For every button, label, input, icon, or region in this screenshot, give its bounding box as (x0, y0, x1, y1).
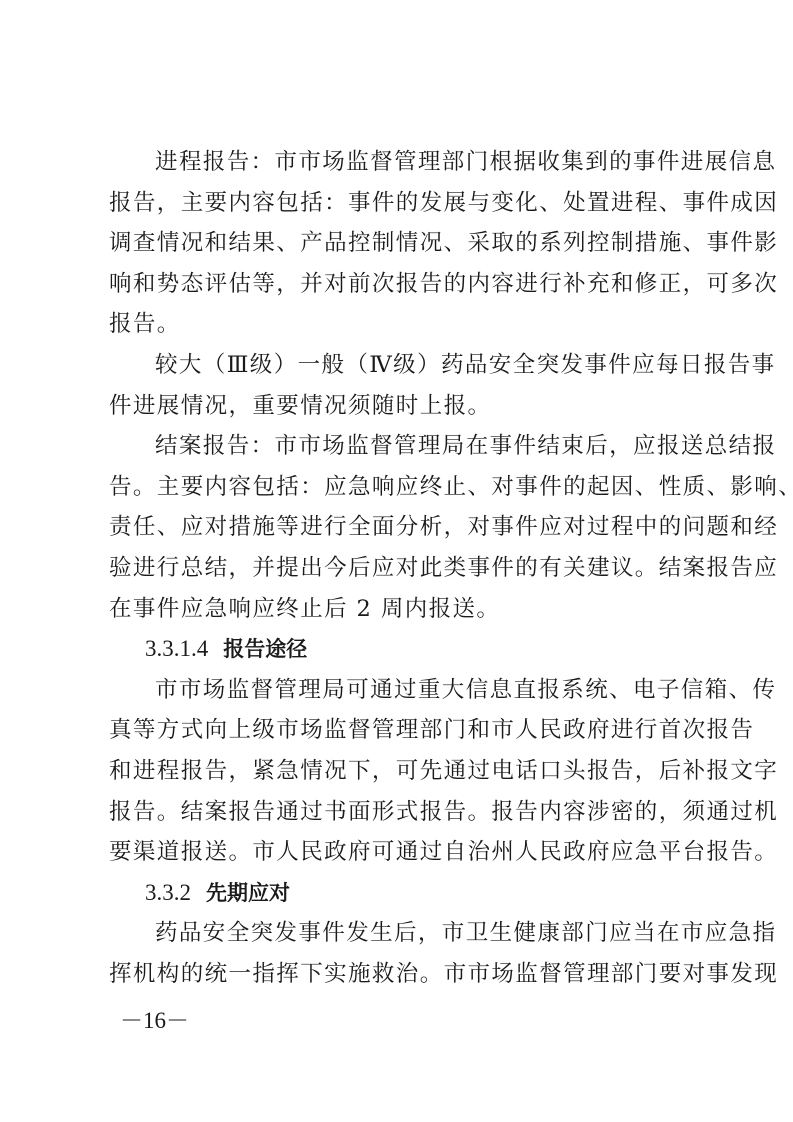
text-line: 责任、应对措施等进行全面分析，对事件应对过程中的问题和经 (109, 507, 709, 548)
text-line: 和进程报告，紧急情况下，可先通过电话口头报告，后补报文字 (109, 751, 709, 792)
section-heading-3314: 3.3.1.4 报告途径 (109, 629, 709, 670)
section-number: 3.3.1.4 (145, 636, 208, 661)
text-line: 在事件应急响应终止后 2 周内报送。 (109, 589, 709, 630)
paragraph-progress-report: 进程报告：市市场监督管理部门根据收集到的事件进展信息 报告，主要内容包括：事件的… (109, 142, 709, 345)
text-line: 报告。结案报告通过书面形式报告。报告内容涉密的，须通过机 (109, 792, 709, 833)
text-line: 件进展情况，重要情况须随时上报。 (109, 386, 709, 427)
paragraph-closing-report: 结案报告：市市场监督管理局在事件结束后，应报送总结报 告。主要内容包括：应急响应… (109, 426, 709, 629)
section-title: 报告途径 (223, 637, 307, 661)
text-line: 报告。 (109, 304, 709, 345)
text-line: 挥机构的统一指挥下实施救治。市市场监督管理部门要对事发现 (109, 954, 709, 995)
text-line: 响和势态评估等，并对前次报告的内容进行补充和修正，可多次 (109, 264, 709, 305)
page-number: －16－ (120, 1002, 189, 1035)
text-line: 验进行总结，并提出今后应对此类事件的有关建议。结案报告应 (109, 548, 709, 589)
text-line: 报告，主要内容包括：事件的发展与变化、处置进程、事件成因 (109, 183, 709, 224)
paragraph-initial-response: 药品安全突发事件发生后，市卫生健康部门应当在市应急指 挥机构的统一指挥下实施救治… (109, 913, 709, 994)
text-line: 结案报告：市市场监督管理局在事件结束后，应报送总结报 (109, 426, 709, 467)
paragraph-report-channels: 市市场监督管理局可通过重大信息直报系统、电子信箱、传 真等方式向上级市场监督管理… (109, 670, 709, 873)
text-line: 进程报告：市市场监督管理部门根据收集到的事件进展信息 (109, 142, 709, 183)
text-line: 要渠道报送。市人民政府可通过自治州人民政府应急平台报告。 (109, 832, 709, 873)
document-page: 进程报告：市市场监督管理部门根据收集到的事件进展信息 报告，主要内容包括：事件的… (109, 142, 709, 994)
text-line: 真等方式向上级市场监督管理部门和市人民政府进行首次报告 (109, 710, 709, 751)
paragraph-daily-report: 较大（Ⅲ级）一般（Ⅳ级）药品安全突发事件应每日报告事 件进展情况，重要情况须随时… (109, 345, 709, 426)
section-number: 3.3.2 (145, 880, 191, 905)
text-line: 药品安全突发事件发生后，市卫生健康部门应当在市应急指 (109, 913, 709, 954)
text-line: 告。主要内容包括：应急响应终止、对事件的起因、性质、影响、 (109, 467, 709, 508)
text-line: 较大（Ⅲ级）一般（Ⅳ级）药品安全突发事件应每日报告事 (109, 345, 709, 386)
text-line: 市市场监督管理局可通过重大信息直报系统、电子信箱、传 (109, 670, 709, 711)
section-heading-332: 3.3.2 先期应对 (109, 873, 709, 914)
section-title: 先期应对 (206, 881, 290, 905)
text-line: 调查情况和结果、产品控制情况、采取的系列控制措施、事件影 (109, 223, 709, 264)
